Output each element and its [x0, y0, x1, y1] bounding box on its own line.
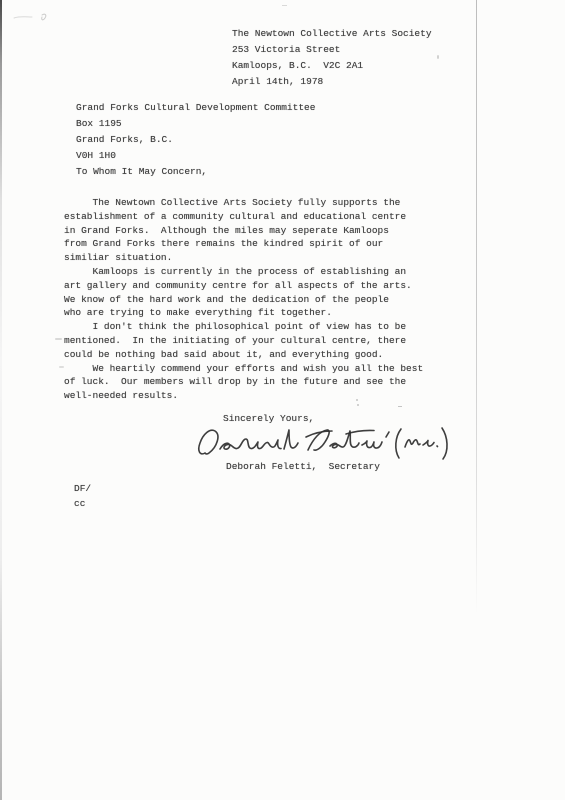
scan-speck	[55, 338, 62, 340]
recipient-address-block: Grand Forks Cultural Development Committ…	[76, 100, 315, 164]
text-line: The Newtown Collective Arts Society full…	[64, 196, 423, 210]
text-line: in Grand Forks. Although the miles may s…	[64, 224, 423, 238]
letter-body: The Newtown Collective Arts Society full…	[64, 196, 423, 403]
typed-signature-name: Deborah Feletti, Secretary	[226, 461, 380, 472]
scan-speck	[357, 404, 359, 406]
text-line: could be nothing bad said about it, and …	[64, 348, 423, 362]
scan-speck	[398, 406, 402, 407]
scan-speck	[356, 399, 358, 401]
text-line: from Grand Forks there remains the kindr…	[64, 237, 423, 251]
text-line: We heartily commend your efforts and wis…	[64, 362, 423, 376]
text-line: Grand Forks Cultural Development Committ…	[76, 100, 315, 116]
text-line: who are trying to make everything fit to…	[64, 306, 423, 320]
scan-speck	[59, 366, 64, 368]
text-line: Kamloops is currently in the process of …	[64, 265, 423, 279]
handwritten-signature	[196, 424, 454, 466]
scan-speck	[282, 5, 287, 6]
scanned-letter-page: The Newtown Collective Arts Society253 V…	[0, 0, 565, 800]
text-line: 253 Victoria Street	[232, 42, 432, 58]
carbon-copy-notation: cc	[74, 498, 85, 509]
text-line: establishment of a community cultural an…	[64, 210, 423, 224]
text-line: art gallery and community centre for all…	[64, 279, 423, 293]
text-line: Box 1195	[76, 116, 315, 132]
sender-address-block: The Newtown Collective Arts Society253 V…	[232, 26, 432, 90]
text-line: V0H 1H0	[76, 148, 315, 164]
text-line: I don't think the philosophical point of…	[64, 320, 423, 334]
scan-speck	[437, 55, 439, 59]
text-line: mentioned. In the initiating of your cul…	[64, 334, 423, 348]
text-line: April 14th, 1978	[232, 74, 432, 90]
text-line: Grand Forks, B.C.	[76, 132, 315, 148]
text-line: Kamloops, B.C. V2C 2A1	[232, 58, 432, 74]
text-line: of luck. Our members will drop by in the…	[64, 375, 423, 389]
salutation: To Whom It May Concern,	[76, 166, 207, 177]
text-line: similiar situation.	[64, 251, 423, 265]
text-line: The Newtown Collective Arts Society	[232, 26, 432, 42]
closing-line: Sincerely Yours,	[223, 413, 314, 424]
text-line: well-needed results.	[64, 389, 423, 403]
typist-initials: DF/	[74, 483, 91, 494]
text-line: We know of the hard work and the dedicat…	[64, 293, 423, 307]
scan-edge-artifact	[0, 0, 2, 800]
pencil-mark	[12, 9, 57, 29]
paper-right-edge	[476, 0, 477, 615]
